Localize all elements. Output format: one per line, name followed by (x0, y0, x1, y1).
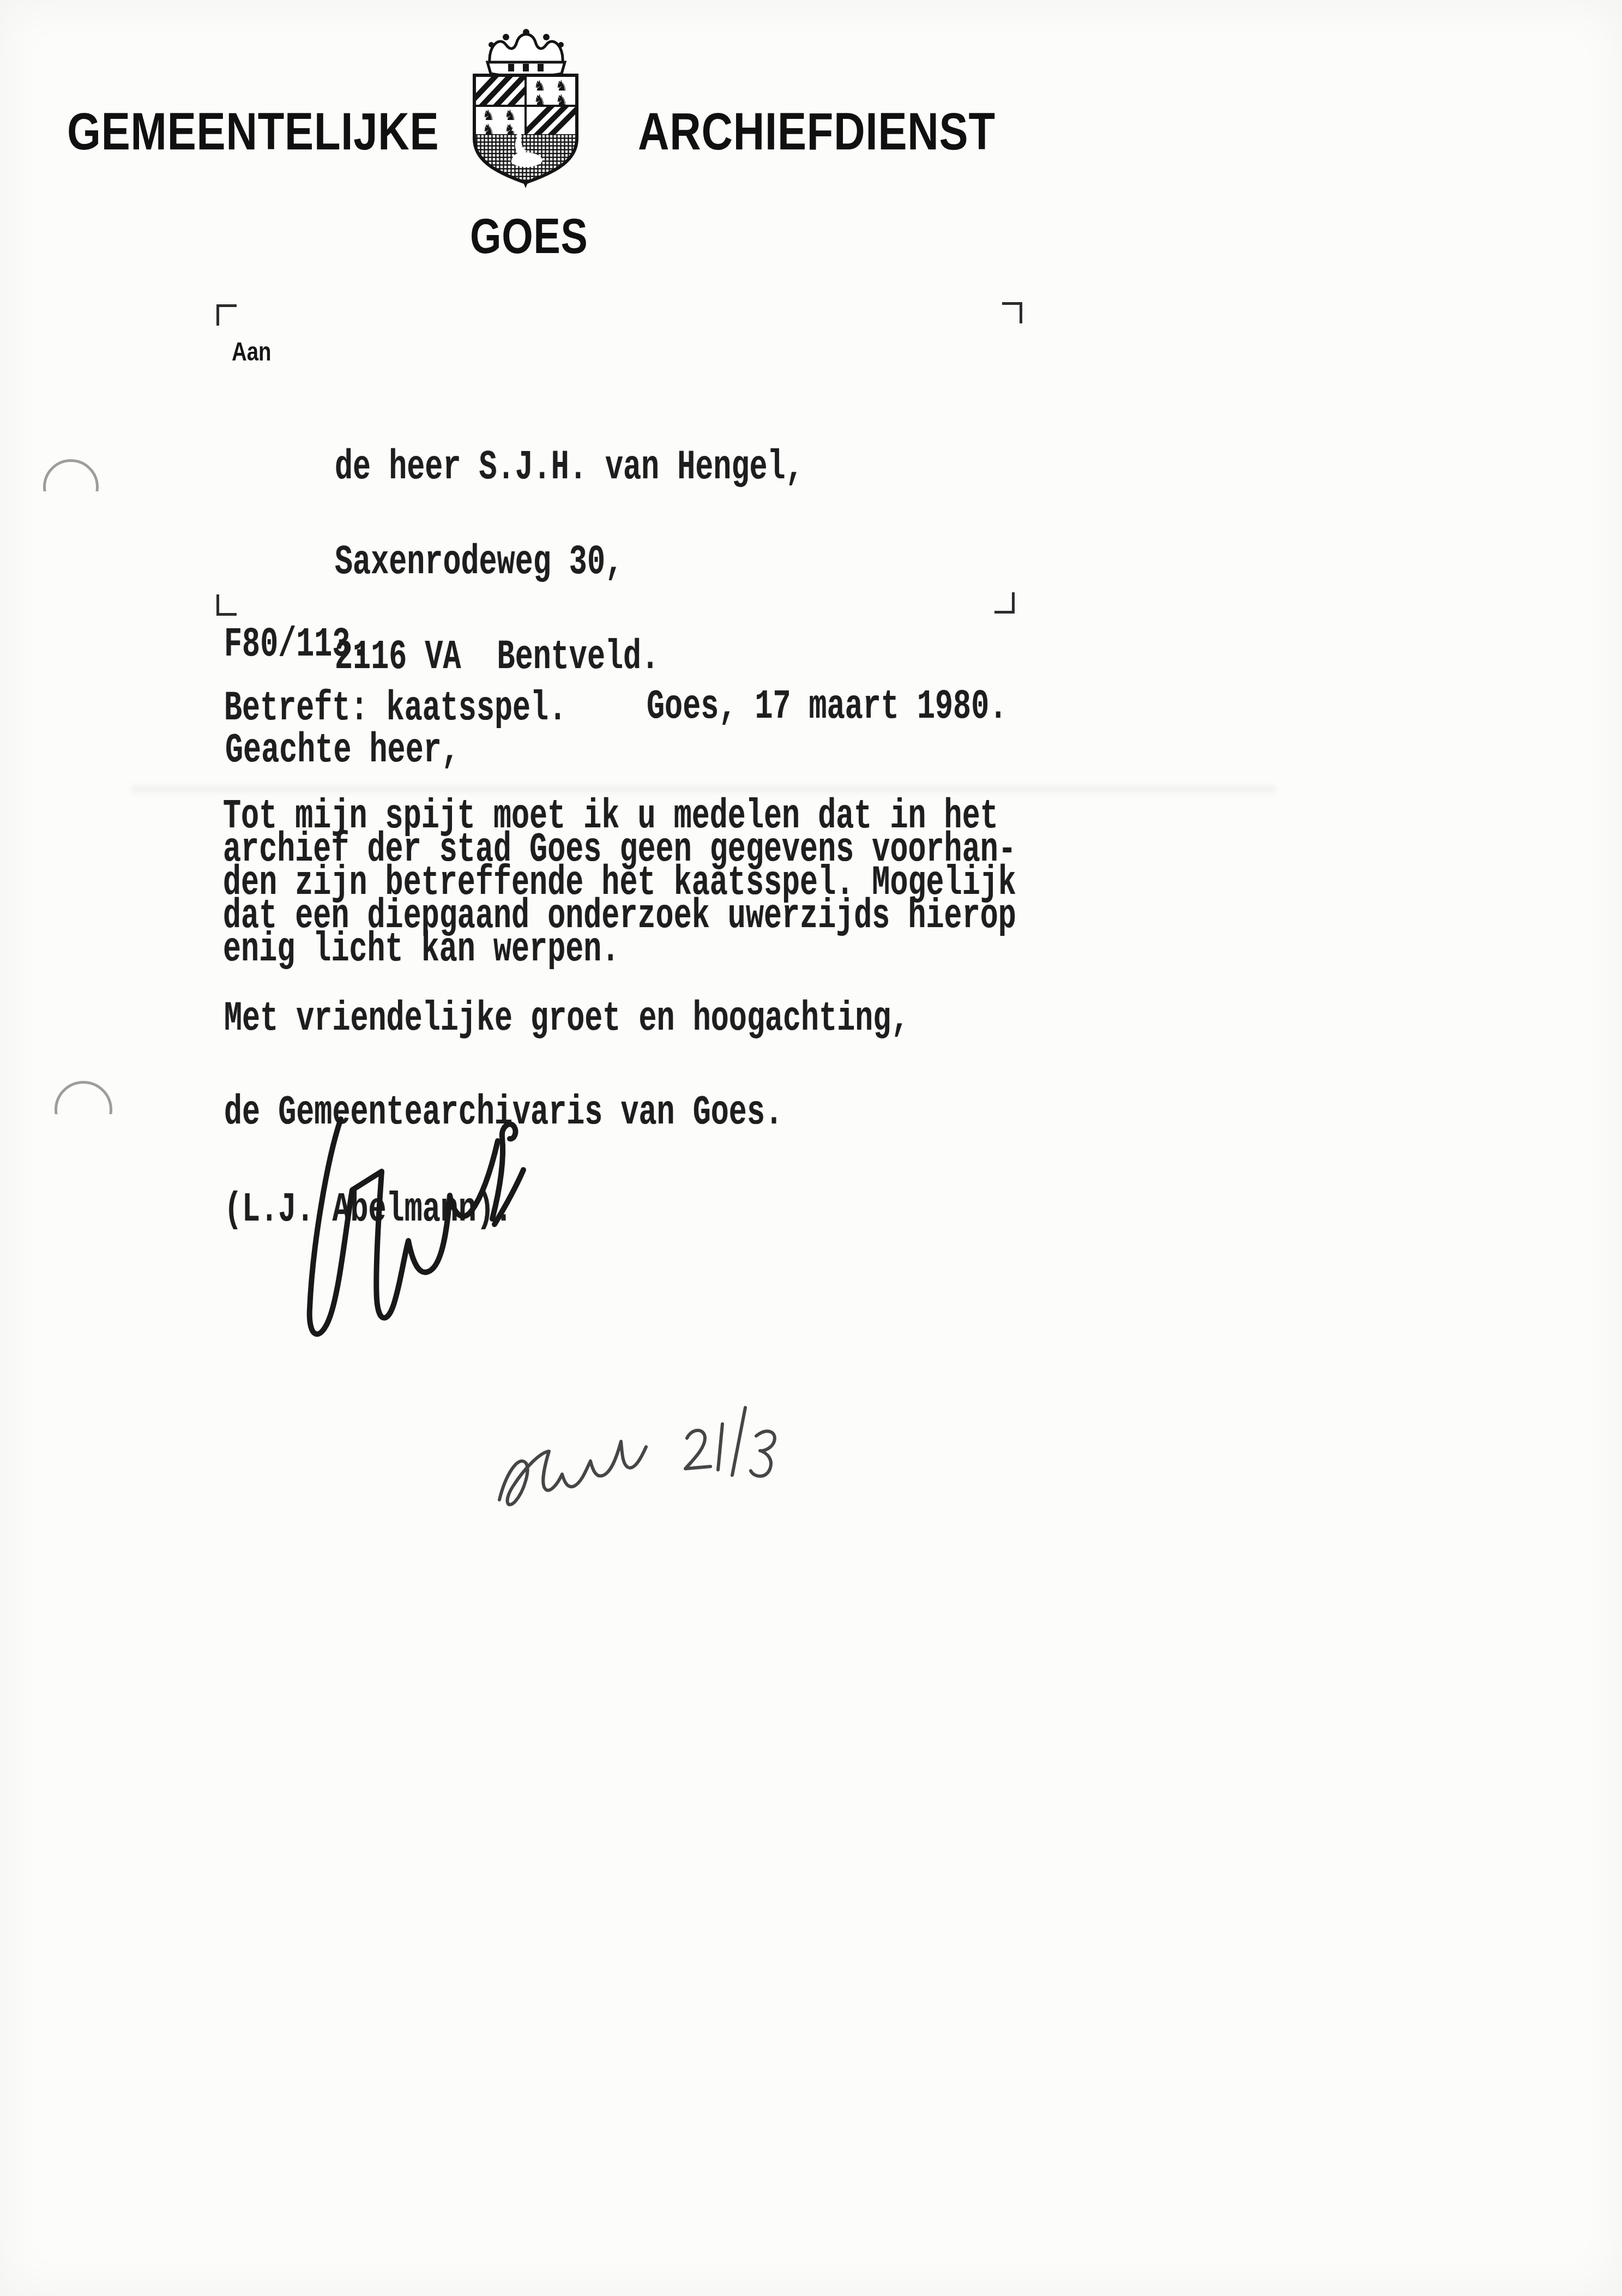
place-date-line: Goes, 17 maart 1980. (647, 690, 1007, 724)
letter-body: Tot mijn spijt moet ik u medelen dat in … (223, 800, 1016, 966)
punch-hole-mark (43, 459, 99, 515)
corner-mark-top-right (1002, 302, 1022, 323)
scan-fold-artifact (131, 785, 1276, 793)
corner-mark-bottom-left (216, 594, 237, 616)
closing-line: Met vriendelijke groet en hoogachting, (224, 1002, 909, 1036)
signature-scribble (297, 1107, 542, 1353)
recipient-city: 2116 VA Bentveld. (335, 641, 804, 673)
letterhead-city: GOES (470, 212, 588, 261)
recipient-name: de heer S.J.H. van Hengel, (335, 452, 804, 483)
letterhead-org-right: ARCHIEFDIENST (638, 105, 996, 158)
letterhead-org-left: GEMEENTELIJKE (67, 105, 439, 158)
goes-coat-of-arms-icon: ♞♞ ♞♞ ♞♞ ♞♞ (471, 29, 580, 189)
corner-mark-bottom-right (994, 592, 1015, 614)
address-window-label: Aan (232, 339, 272, 365)
salutation: Geachte heer, (225, 734, 460, 767)
subject-line: Betreft: kaatsspel. (224, 692, 566, 725)
crown-icon (487, 29, 565, 77)
scanned-letter-page: GEMEENTELIJKE ARCHIEFDIENST (0, 0, 1622, 2296)
punch-hole-mark (55, 1081, 112, 1139)
recipient-street: Saxenrodeweg 30, (335, 546, 804, 578)
corner-mark-top-left (216, 304, 237, 326)
shield-icon: ♞♞ ♞♞ ♞♞ ♞♞ (465, 70, 586, 188)
reference-number: F80/113. (224, 628, 369, 662)
handwritten-note-scribble (493, 1404, 799, 1535)
